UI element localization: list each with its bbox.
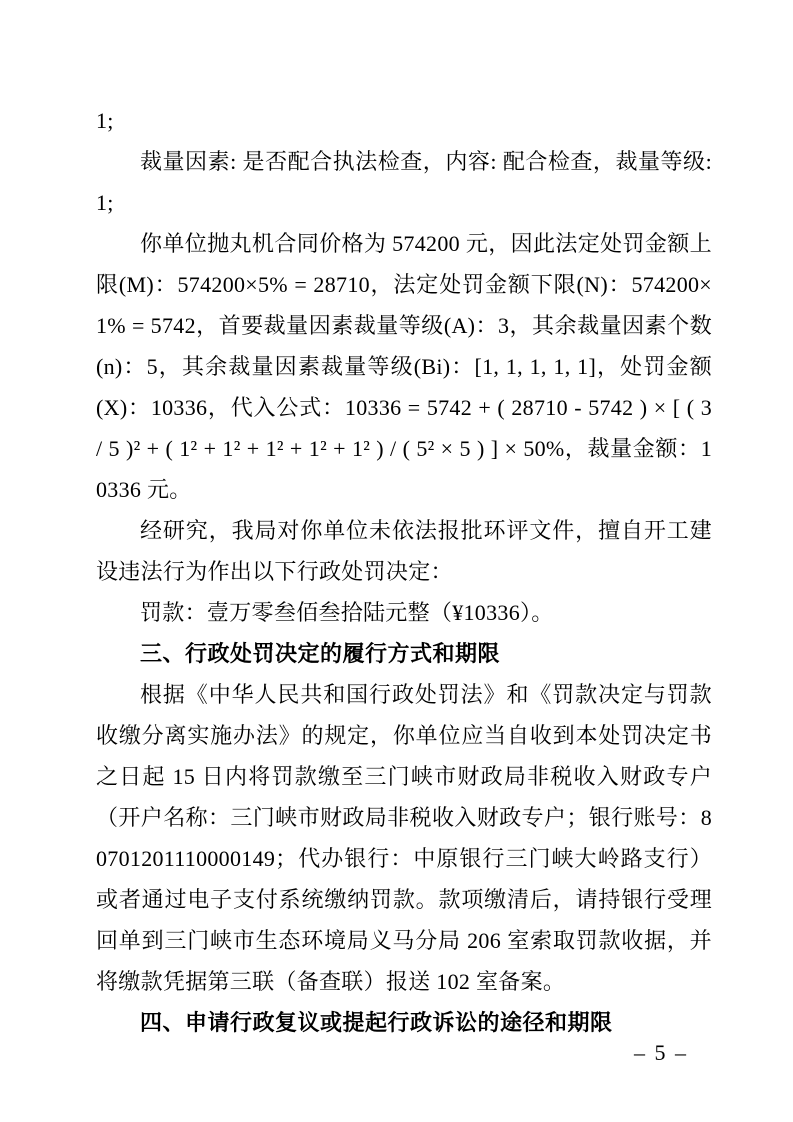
- section-heading-appeal-channels: 四、申请行政复议或提起行政诉讼的途径和期限: [96, 1002, 712, 1043]
- document-body: 1; 裁量因素: 是否配合执法检查，内容: 配合检查，裁量等级: 1; 你单位抛…: [96, 100, 712, 1043]
- paragraph-decision-statement: 经研究，我局对你单位未依法报批环评文件，擅自开工建设违法行为作出以下行政处罚决定…: [96, 510, 712, 592]
- document-page: 1; 裁量因素: 是否配合执法检查，内容: 配合检查，裁量等级: 1; 你单位抛…: [0, 0, 793, 1122]
- page-number: – 5 –: [634, 1039, 688, 1067]
- paragraph-payment-instructions: 根据《中华人民共和国行政处罚法》和《罚款决定与罚款收缴分离实施办法》的规定，你单…: [96, 674, 712, 1002]
- paragraph-penalty-calculation: 你单位抛丸机合同价格为 574200 元，因此法定处罚金额上限(M)：57420…: [96, 223, 712, 510]
- paragraph-grade-continuation: 1;: [96, 100, 712, 141]
- section-heading-performance-method: 三、行政处罚决定的履行方式和期限: [96, 633, 712, 674]
- paragraph-discretion-factor-inspection: 裁量因素: 是否配合执法检查，内容: 配合检查，裁量等级: 1;: [96, 141, 712, 223]
- paragraph-fine-amount: 罚款：壹万零叁佰叁拾陆元整（¥10336）。: [96, 592, 712, 633]
